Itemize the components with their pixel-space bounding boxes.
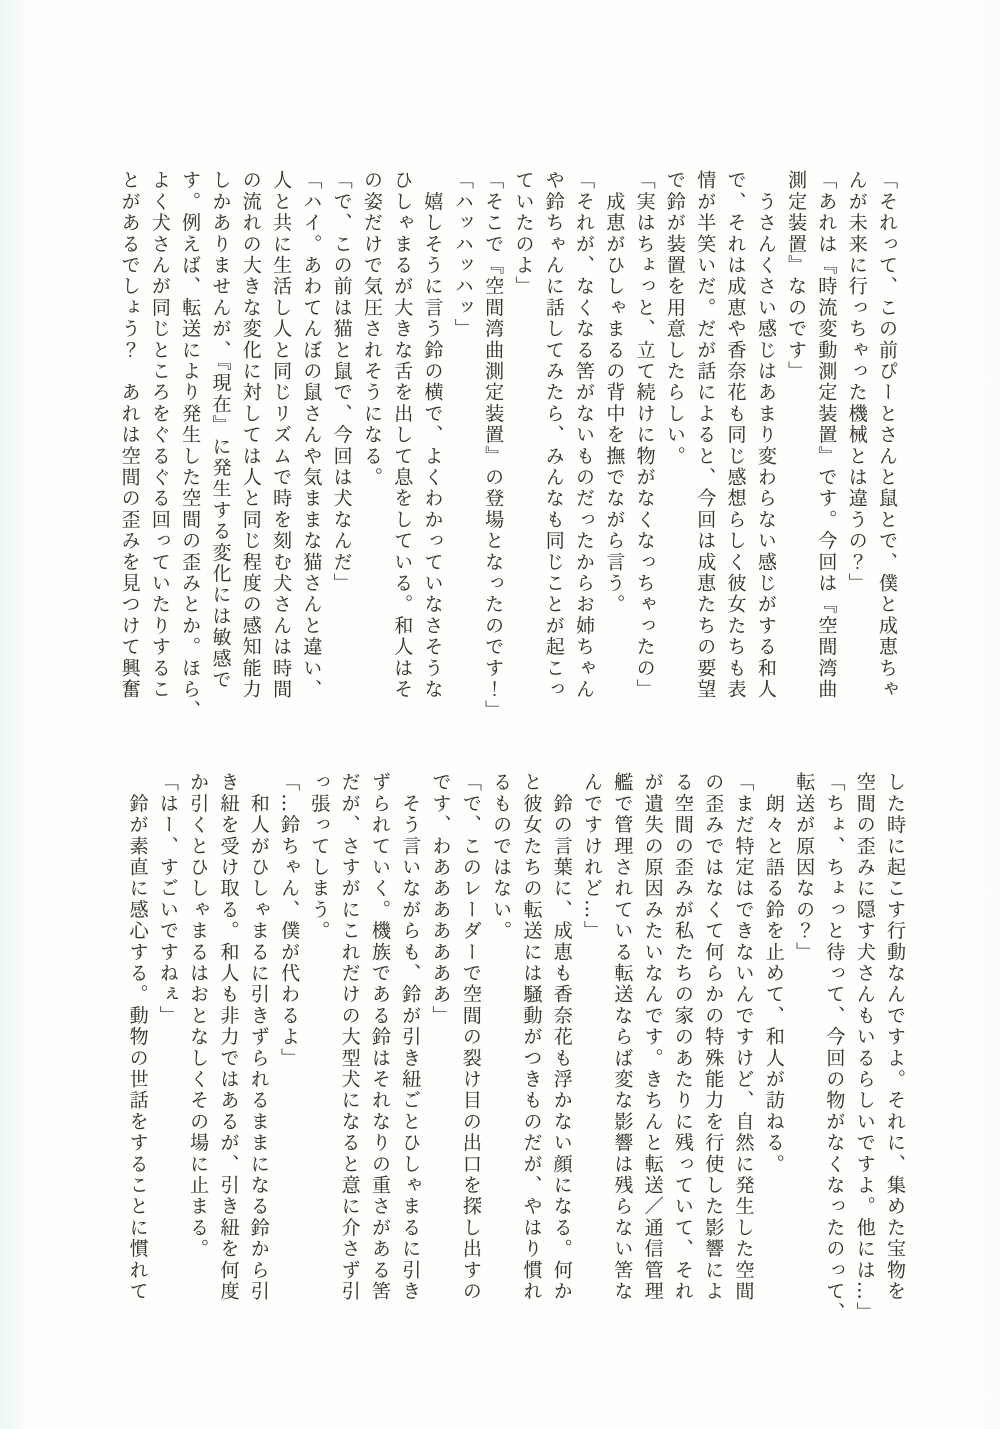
text-column: 測定装置』なのです」 [781, 170, 811, 722]
text-column: 「…鈴ちゃん、僕が代わるよ」 [274, 772, 304, 1324]
text-column: 「そこで『空間湾曲測定装置』の登場となったのです！」 [478, 170, 508, 722]
text-column: 鈴が素直に感心する。動物の世話をすることに慣れて [122, 772, 152, 1324]
text-block-top: 「それって、この前ぴーとさんと鼠とで、僕と成恵ちゃんが未来に行っちゃった機械とは… [114, 170, 902, 722]
text-column: 「ちょ、ちょっと待って、今回の物がなくなったのって、 [819, 772, 849, 1324]
text-column: んですけれど…」 [577, 772, 607, 1324]
text-column: す。例えば、転送により発生した空間の歪みとか。ほら、 [175, 170, 205, 722]
text-block-bottom: した時に起こす行動なんですよ。それに、集めた宝物を空間の歪みに隠す犬さんもいるら… [122, 772, 910, 1324]
text-column: ていたのよ」 [508, 170, 538, 722]
text-column: 「ハイ。あわてんぼの鼠さんや気ままな猫さんと違い、 [296, 170, 326, 722]
text-column: ひしゃまるが大きな舌を出して息をしている。和人はそ [387, 170, 417, 722]
text-column: 人と共に生活し人と同じリズムで時を刻む犬さんは時間 [266, 170, 296, 722]
text-column: の歪みではなくて何らかの特殊能力を行使した影響によ [698, 772, 728, 1324]
text-column: っ張ってしまう。 [304, 772, 334, 1324]
text-column: 「まだ特定はできないんですけど、自然に発生した空間 [728, 772, 758, 1324]
text-column: の姿だけで気圧されそうになる。 [357, 170, 387, 722]
text-column: 朗々と語る鈴を止めて、和人が訪ねる。 [759, 772, 789, 1324]
text-column: 情が半笑いだ。だが話によると、今回は成恵たちの要望 [690, 170, 720, 722]
text-column: だが、さすがにこれだけの大型犬になると意に介さず引 [334, 772, 364, 1324]
text-column: 「で、この前は猫と鼠で、今回は犬なんだ」 [326, 170, 356, 722]
text-column: 「はー、すごいですねぇ」 [153, 772, 183, 1324]
text-column: 「実はちょっと、立て続けに物がなくなっちゃったの」 [629, 170, 659, 722]
text-column: 鈴の言葉に、成恵も香奈花も浮かない顔になる。何か [546, 772, 576, 1324]
text-column: るものではない。 [486, 772, 516, 1324]
text-column: 「で、このレーダーで空間の裂け目の出口を探し出すの [456, 772, 486, 1324]
page-left-edge-shade [0, 0, 28, 1429]
text-column: 成恵がひしゃまるの背中を撫でながら言う。 [599, 170, 629, 722]
text-column: き紐を受け取る。和人も非力ではあるが、引き紐を何度 [213, 772, 243, 1324]
text-column: 艦で管理されている転送ならば変な影響は残らない筈な [607, 772, 637, 1324]
text-column: 和人がひしゃまるに引きずられるままになる鈴から引 [243, 772, 273, 1324]
text-column: ずられていく。機族である鈴はそれなりの重さがある筈 [365, 772, 395, 1324]
text-column: しかありませんが、『現在』に発生する変化には敏感で [205, 170, 235, 722]
text-column: と彼女たちの転送には騒動がつきものだが、やはり慣れ [516, 772, 546, 1324]
text-column: です、わあああああああ」 [425, 772, 455, 1324]
text-column: んが未来に行っちゃった機械とは違うの？」 [841, 170, 871, 722]
text-column: が遺失の原因みたいなんです。きちんと転送／通信管理 [637, 772, 667, 1324]
text-column: 空間の歪みに隠す犬さんもいるらしいですよ。他には…」 [849, 772, 879, 1324]
text-column: か引くとひしゃまるはおとなしくその場に止まる。 [183, 772, 213, 1324]
text-column: そう言いながらも、鈴が引き紐ごとひしゃまるに引き [395, 772, 425, 1324]
text-column: や鈴ちゃんに話してみたら、みんなも同じことが起こっ [538, 170, 568, 722]
text-column: で鈴が装置を用意したらしい。 [660, 170, 690, 722]
text-column: る空間の歪みが私たちの家のあたりに残っていて、それ [668, 772, 698, 1324]
text-column: 「それが、なくなる筈がないものだったからお姉ちゃん [569, 170, 599, 722]
text-column: うさんくさい感じはあまり変わらない感じがする和人 [751, 170, 781, 722]
text-column: で、それは成恵や香奈花も同じ感想らしく彼女たちも表 [720, 170, 750, 722]
text-column: とがあるでしょう？ あれは空間の歪みを見つけて興奮 [114, 170, 144, 722]
text-column: 嬉しそうに言う鈴の横で、よくわかっていなさそうな [417, 170, 447, 722]
text-column: よく犬さんが同じところをぐるぐる回っていたりするこ [145, 170, 175, 722]
text-column: した時に起こす行動なんですよ。それに、集めた宝物を [880, 772, 910, 1324]
text-column: 「ハッハッハッ」 [448, 170, 478, 722]
text-column: 「それって、この前ぴーとさんと鼠とで、僕と成恵ちゃ [872, 170, 902, 722]
scanned-novel-page: 「それって、この前ぴーとさんと鼠とで、僕と成恵ちゃんが未来に行っちゃった機械とは… [0, 0, 1000, 1429]
text-column: 転送が原因なの？」 [789, 772, 819, 1324]
text-column: 「あれは『時流変動測定装置』です。今回は『空間湾曲 [811, 170, 841, 722]
text-column: の流れの大きな変化に対しては人と同じ程度の感知能力 [235, 170, 265, 722]
